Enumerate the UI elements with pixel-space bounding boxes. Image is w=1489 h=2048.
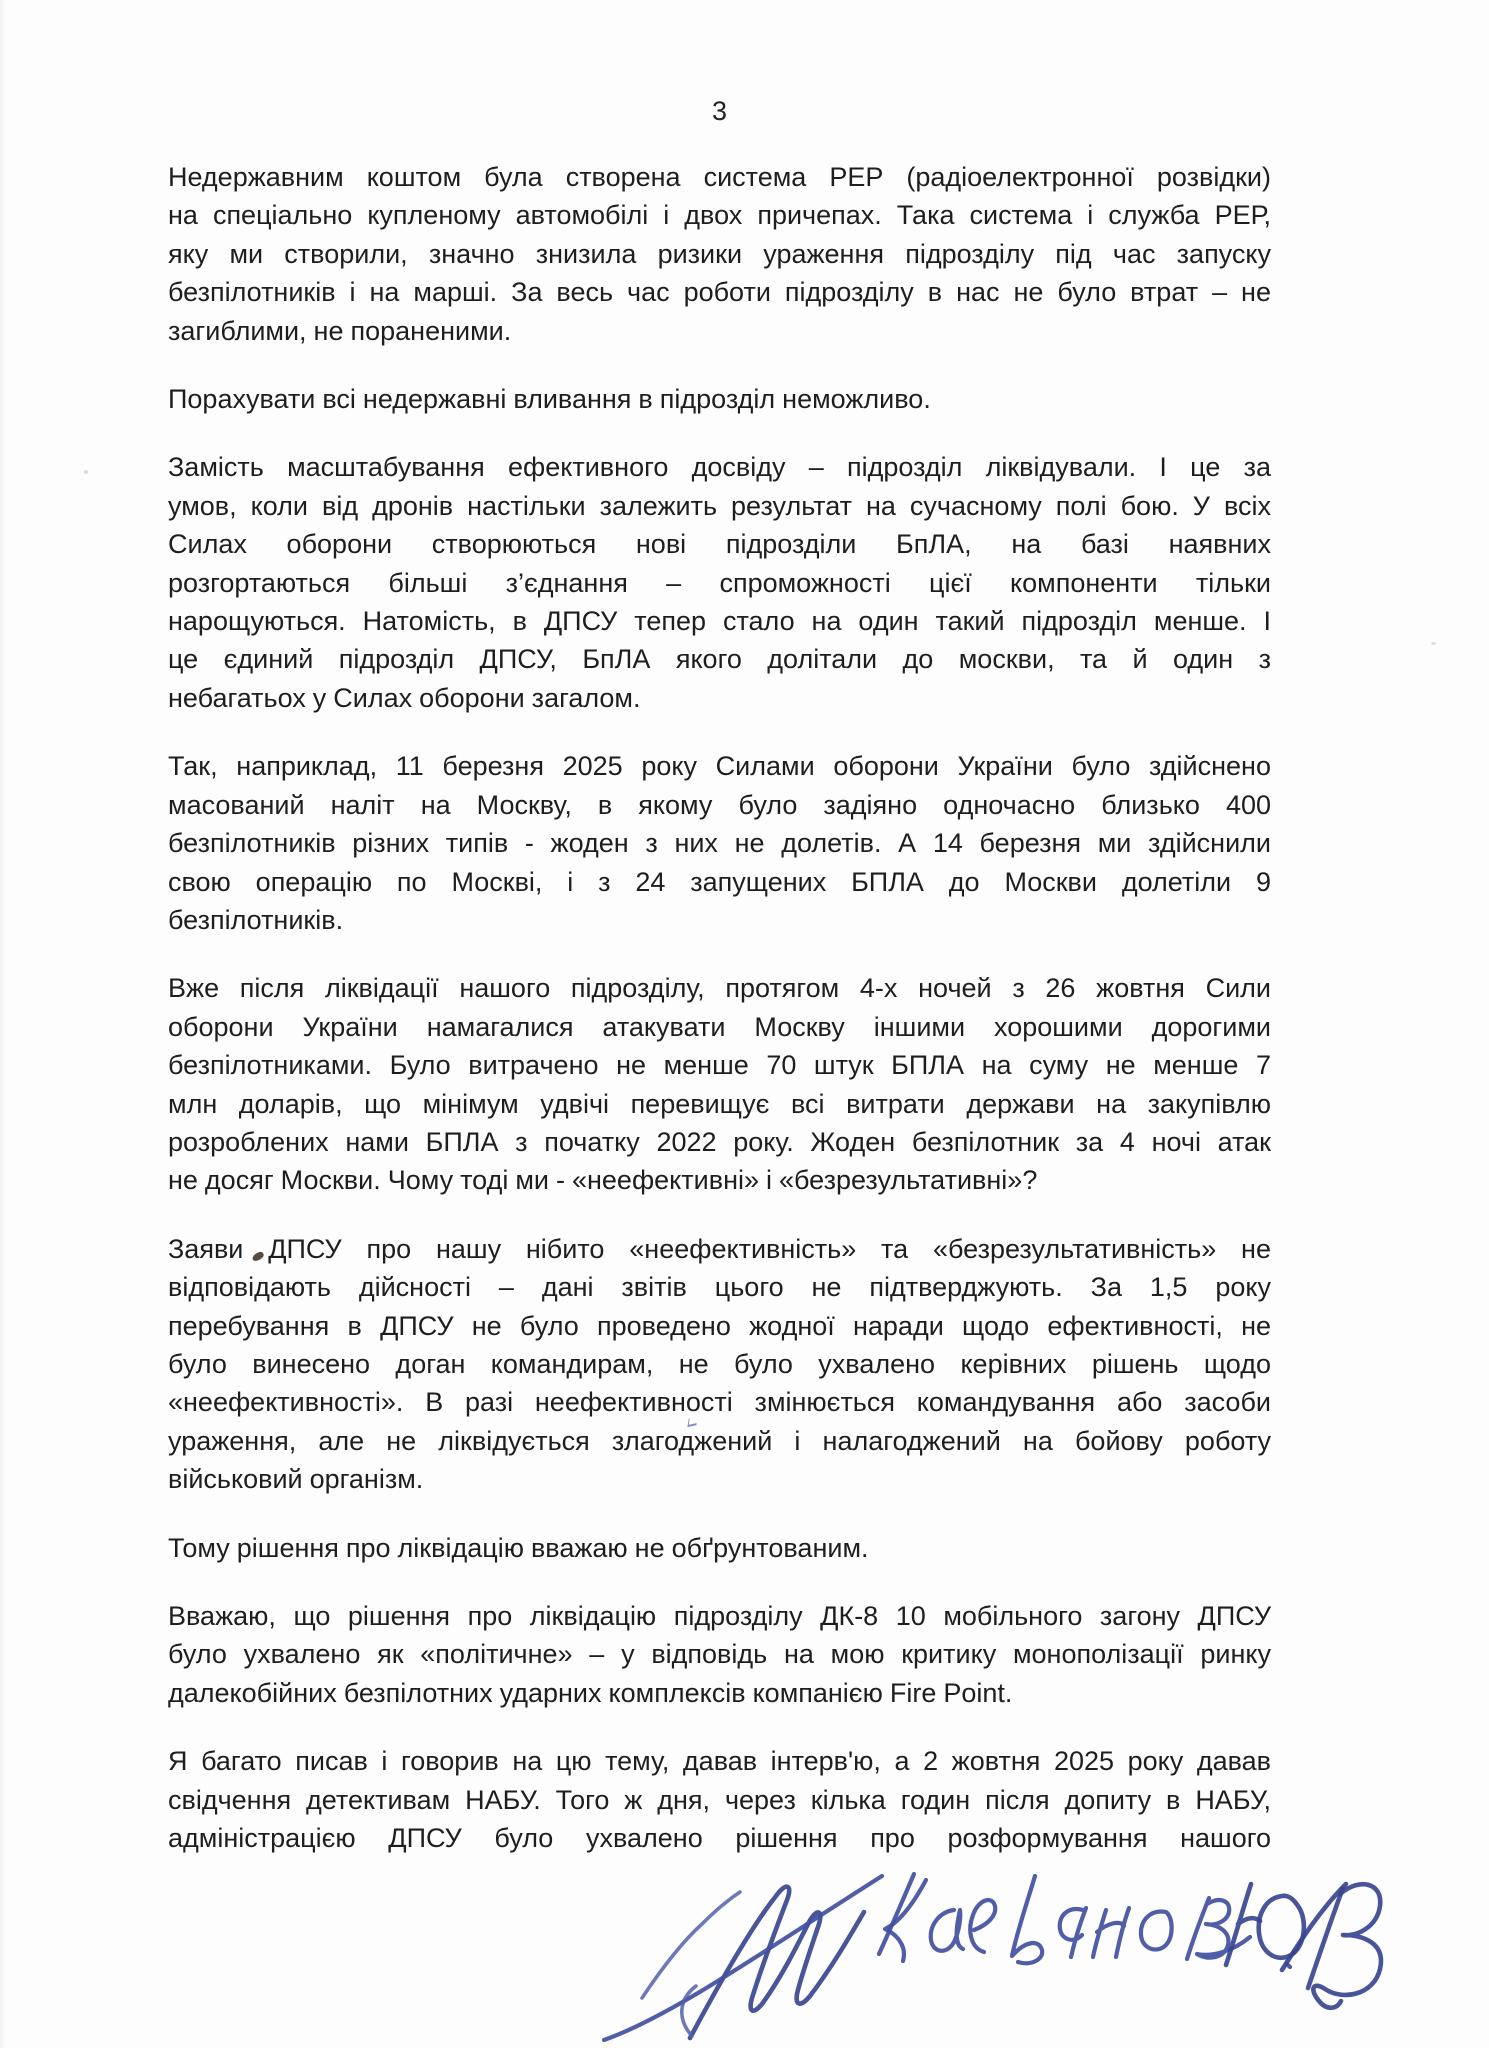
text-line: безпілотників. — [168, 901, 1271, 939]
text-line: Порахувати всі недержавні вливання в під… — [168, 380, 1271, 418]
paragraph: Вважаю, що рішення про ліквідацію підроз… — [168, 1597, 1271, 1712]
scan-artifact-speck — [1431, 642, 1436, 645]
paragraph: Замість масштабування ефективного досвід… — [168, 448, 1271, 717]
text-line: військовий організм. — [168, 1460, 1271, 1498]
text-line: нарощуються. Натомість, в ДПСУ тепер ста… — [168, 602, 1271, 640]
text-line: яку ми створили, значно знизила ризики у… — [168, 235, 1271, 273]
text-line: було ухвалено як «політичне» – у відпові… — [168, 1635, 1271, 1673]
text-line: розгортаються більші з’єднання – спромож… — [168, 564, 1271, 602]
text-line: Вважаю, що рішення про ліквідацію підроз… — [168, 1597, 1271, 1635]
text-line: «неефективності». В разі неефективності … — [168, 1383, 1271, 1421]
handwritten-signature — [580, 1868, 1470, 2046]
text-line: Заяви ДПСУ про нашу нібито «неефективніс… — [168, 1230, 1271, 1268]
text-line: Недержавним коштом була створена система… — [168, 158, 1271, 196]
paragraph: Вже після ліквідації нашого підрозділу, … — [168, 969, 1271, 1199]
text-line: загиблими, не пораненими. — [168, 312, 1271, 350]
paragraph: Тому рішення про ліквідацію вважаю не об… — [168, 1529, 1271, 1567]
scanned-document-page: 3 Недержавним коштом була створена систе… — [0, 0, 1489, 2048]
text-line: свою операцію по Москві, і з 24 запущени… — [168, 863, 1271, 901]
text-line: на спеціально купленому автомобілі і дво… — [168, 196, 1271, 234]
text-line: ураження, але не ліквідується злагоджени… — [168, 1422, 1271, 1460]
text-line: було винесено доган командирам, не було … — [168, 1345, 1271, 1383]
text-line: далекобійних безпілотних ударних комплек… — [168, 1674, 1271, 1712]
text-line: безпілотників і на марші. За весь час ро… — [168, 273, 1271, 311]
text-line: Силах оборони створюються нові підрозділ… — [168, 525, 1271, 563]
text-line: адміністрацією ДПСУ було ухвалено рішенн… — [168, 1819, 1271, 1857]
text-line: оборони України намагалися атакувати Мос… — [168, 1008, 1271, 1046]
text-line: не досяг Москви. Чому тоді ми - «неефект… — [168, 1161, 1271, 1199]
text-line: Так, наприклад, 11 березня 2025 року Сил… — [168, 747, 1271, 785]
text-line: Замість масштабування ефективного досвід… — [168, 448, 1271, 486]
paragraph: Недержавним коштом була створена система… — [168, 158, 1271, 350]
paragraph: Так, наприклад, 11 березня 2025 року Сил… — [168, 747, 1271, 939]
text-line: перебування в ДПСУ не було проведено жод… — [168, 1307, 1271, 1345]
text-line: це єдиний підрозділ ДПСУ, БпЛА якого дол… — [168, 640, 1271, 678]
text-line: млн доларів, що мінімум удвічі перевищує… — [168, 1085, 1271, 1123]
paragraph: Заяви ДПСУ про нашу нібито «неефективніс… — [168, 1230, 1271, 1499]
page-number: 3 — [168, 92, 1271, 130]
paragraph: Я багато писав і говорив на цю тему, дав… — [168, 1742, 1271, 1857]
document-body: Недержавним коштом була створена система… — [168, 158, 1271, 1857]
text-line: свідчення детективам НАБУ. Того ж дня, ч… — [168, 1781, 1271, 1819]
text-line: Тому рішення про ліквідацію вважаю не об… — [168, 1529, 1271, 1567]
text-line: Вже після ліквідації нашого підрозділу, … — [168, 969, 1271, 1007]
text-line: розроблених нами БПЛА з початку 2022 рок… — [168, 1123, 1271, 1161]
paragraph: Порахувати всі недержавні вливання в під… — [168, 380, 1271, 418]
text-line: Я багато писав і говорив на цю тему, дав… — [168, 1742, 1271, 1780]
text-line: небагатьох у Силах оборони загалом. — [168, 679, 1271, 717]
text-line: відповідають дійсності – дані звітів цьо… — [168, 1268, 1271, 1306]
text-line: масований наліт на Москву, в якому було … — [168, 786, 1271, 824]
text-line: безпілотниками. Було витрачено не менше … — [168, 1046, 1271, 1084]
text-block: 3 Недержавним коштом була створена систе… — [168, 92, 1271, 1887]
text-line: безпілотників різних типів - жоден з них… — [168, 824, 1271, 862]
scan-artifact-speck — [84, 470, 88, 474]
text-line: умов, коли від дронів настільки залежить… — [168, 487, 1271, 525]
